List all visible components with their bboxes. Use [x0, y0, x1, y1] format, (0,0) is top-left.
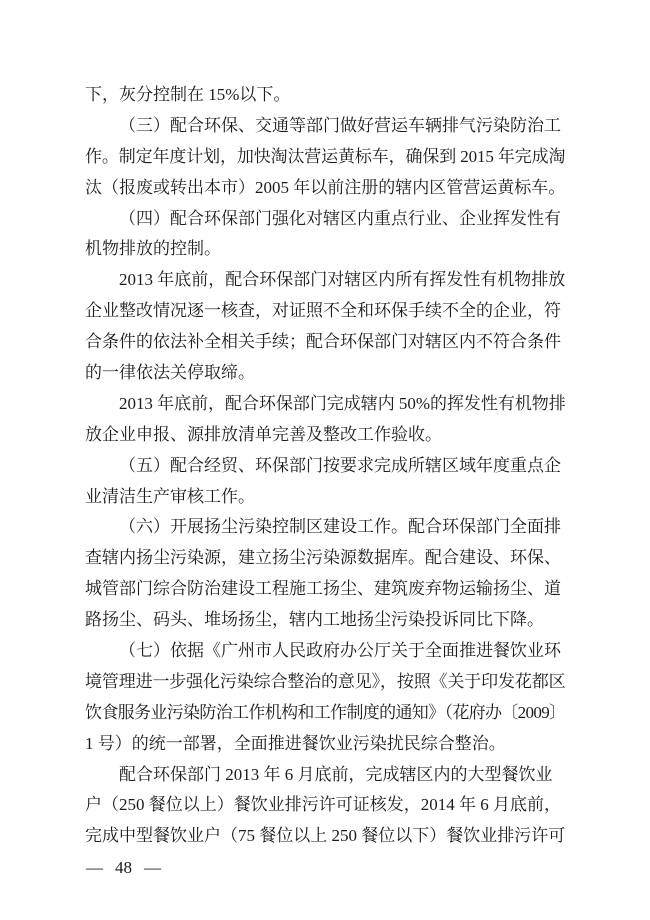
text-line: 完成中型餐饮业户（75 餐位以上 250 餐位以下）餐饮业排污许可 — [85, 821, 566, 852]
text-line: （七）依据《广州市人民政府办公厅关于全面推进餐饮业环 — [85, 636, 566, 667]
text-line: （三）配合环保、交通等部门做好营运车辆排气污染防治工 — [85, 111, 566, 142]
text-line: （五）配合经贸、环保部门按要求完成所辖区域年度重点企 — [85, 451, 566, 482]
document-body: 下，灰分控制在 15%以下。（三）配合环保、交通等部门做好营运车辆排气污染防治工… — [85, 80, 566, 852]
text-line: 业清洁生产审核工作。 — [85, 482, 566, 513]
text-line: 饮食服务业污染防治工作机构和工作制度的通知》（花府办〔2009〕 — [85, 698, 566, 729]
page-footer: — 48 — — [86, 856, 161, 880]
text-line: 查辖内扬尘污染源，建立扬尘污染源数据库。配合建设、环保、 — [85, 543, 566, 574]
text-line: 企业整改情况逐一核查，对证照不全和环保手续不全的企业，符 — [85, 296, 566, 327]
page-number: 48 — [115, 856, 132, 880]
text-line: 的一律依法关停取缔。 — [85, 358, 566, 389]
text-line: 下，灰分控制在 15%以下。 — [85, 80, 566, 111]
text-line: 境管理进一步强化污染综合整治的意见》，按照《关于印发花都区 — [85, 667, 566, 698]
footer-dash-left: — — [86, 856, 103, 880]
text-line: 1 号）的统一部署，全面推进餐饮业污染扰民综合整治。 — [85, 729, 566, 760]
text-line: （六）开展扬尘污染控制区建设工作。配合环保部门全面排 — [85, 512, 566, 543]
text-line: 汰（报废或转出本市）2005 年以前注册的辖内区管营运黄标车。 — [85, 173, 566, 204]
document-page: 下，灰分控制在 15%以下。（三）配合环保、交通等部门做好营运车辆排气污染防治工… — [0, 0, 650, 920]
text-line: 合条件的依法补全相关手续；配合环保部门对辖区内不符合条件 — [85, 327, 566, 358]
footer-dash-right: — — [144, 856, 161, 880]
text-line: 城管部门综合防治建设工程施工扬尘、建筑废弃物运输扬尘、道 — [85, 574, 566, 605]
text-line: 户（250 餐位以上）餐饮业排污许可证核发，2014 年 6 月底前， — [85, 790, 566, 821]
text-line: 放企业申报、源排放清单完善及整改工作验收。 — [85, 420, 566, 451]
text-line: 路扬尘、码头、堆场扬尘，辖内工地扬尘污染投诉同比下降。 — [85, 605, 566, 636]
text-line: （四）配合环保部门强化对辖区内重点行业、企业挥发性有 — [85, 204, 566, 235]
text-line: 2013 年底前，配合环保部门对辖区内所有挥发性有机物排放 — [85, 265, 566, 296]
text-line: 配合环保部门 2013 年 6 月底前，完成辖区内的大型餐饮业 — [85, 760, 566, 791]
text-line: 机物排放的控制。 — [85, 234, 566, 265]
text-line: 2013 年底前，配合环保部门完成辖内 50%的挥发性有机物排 — [85, 389, 566, 420]
text-line: 作。制定年度计划，加快淘汰营运黄标车，确保到 2015 年完成淘 — [85, 142, 566, 173]
